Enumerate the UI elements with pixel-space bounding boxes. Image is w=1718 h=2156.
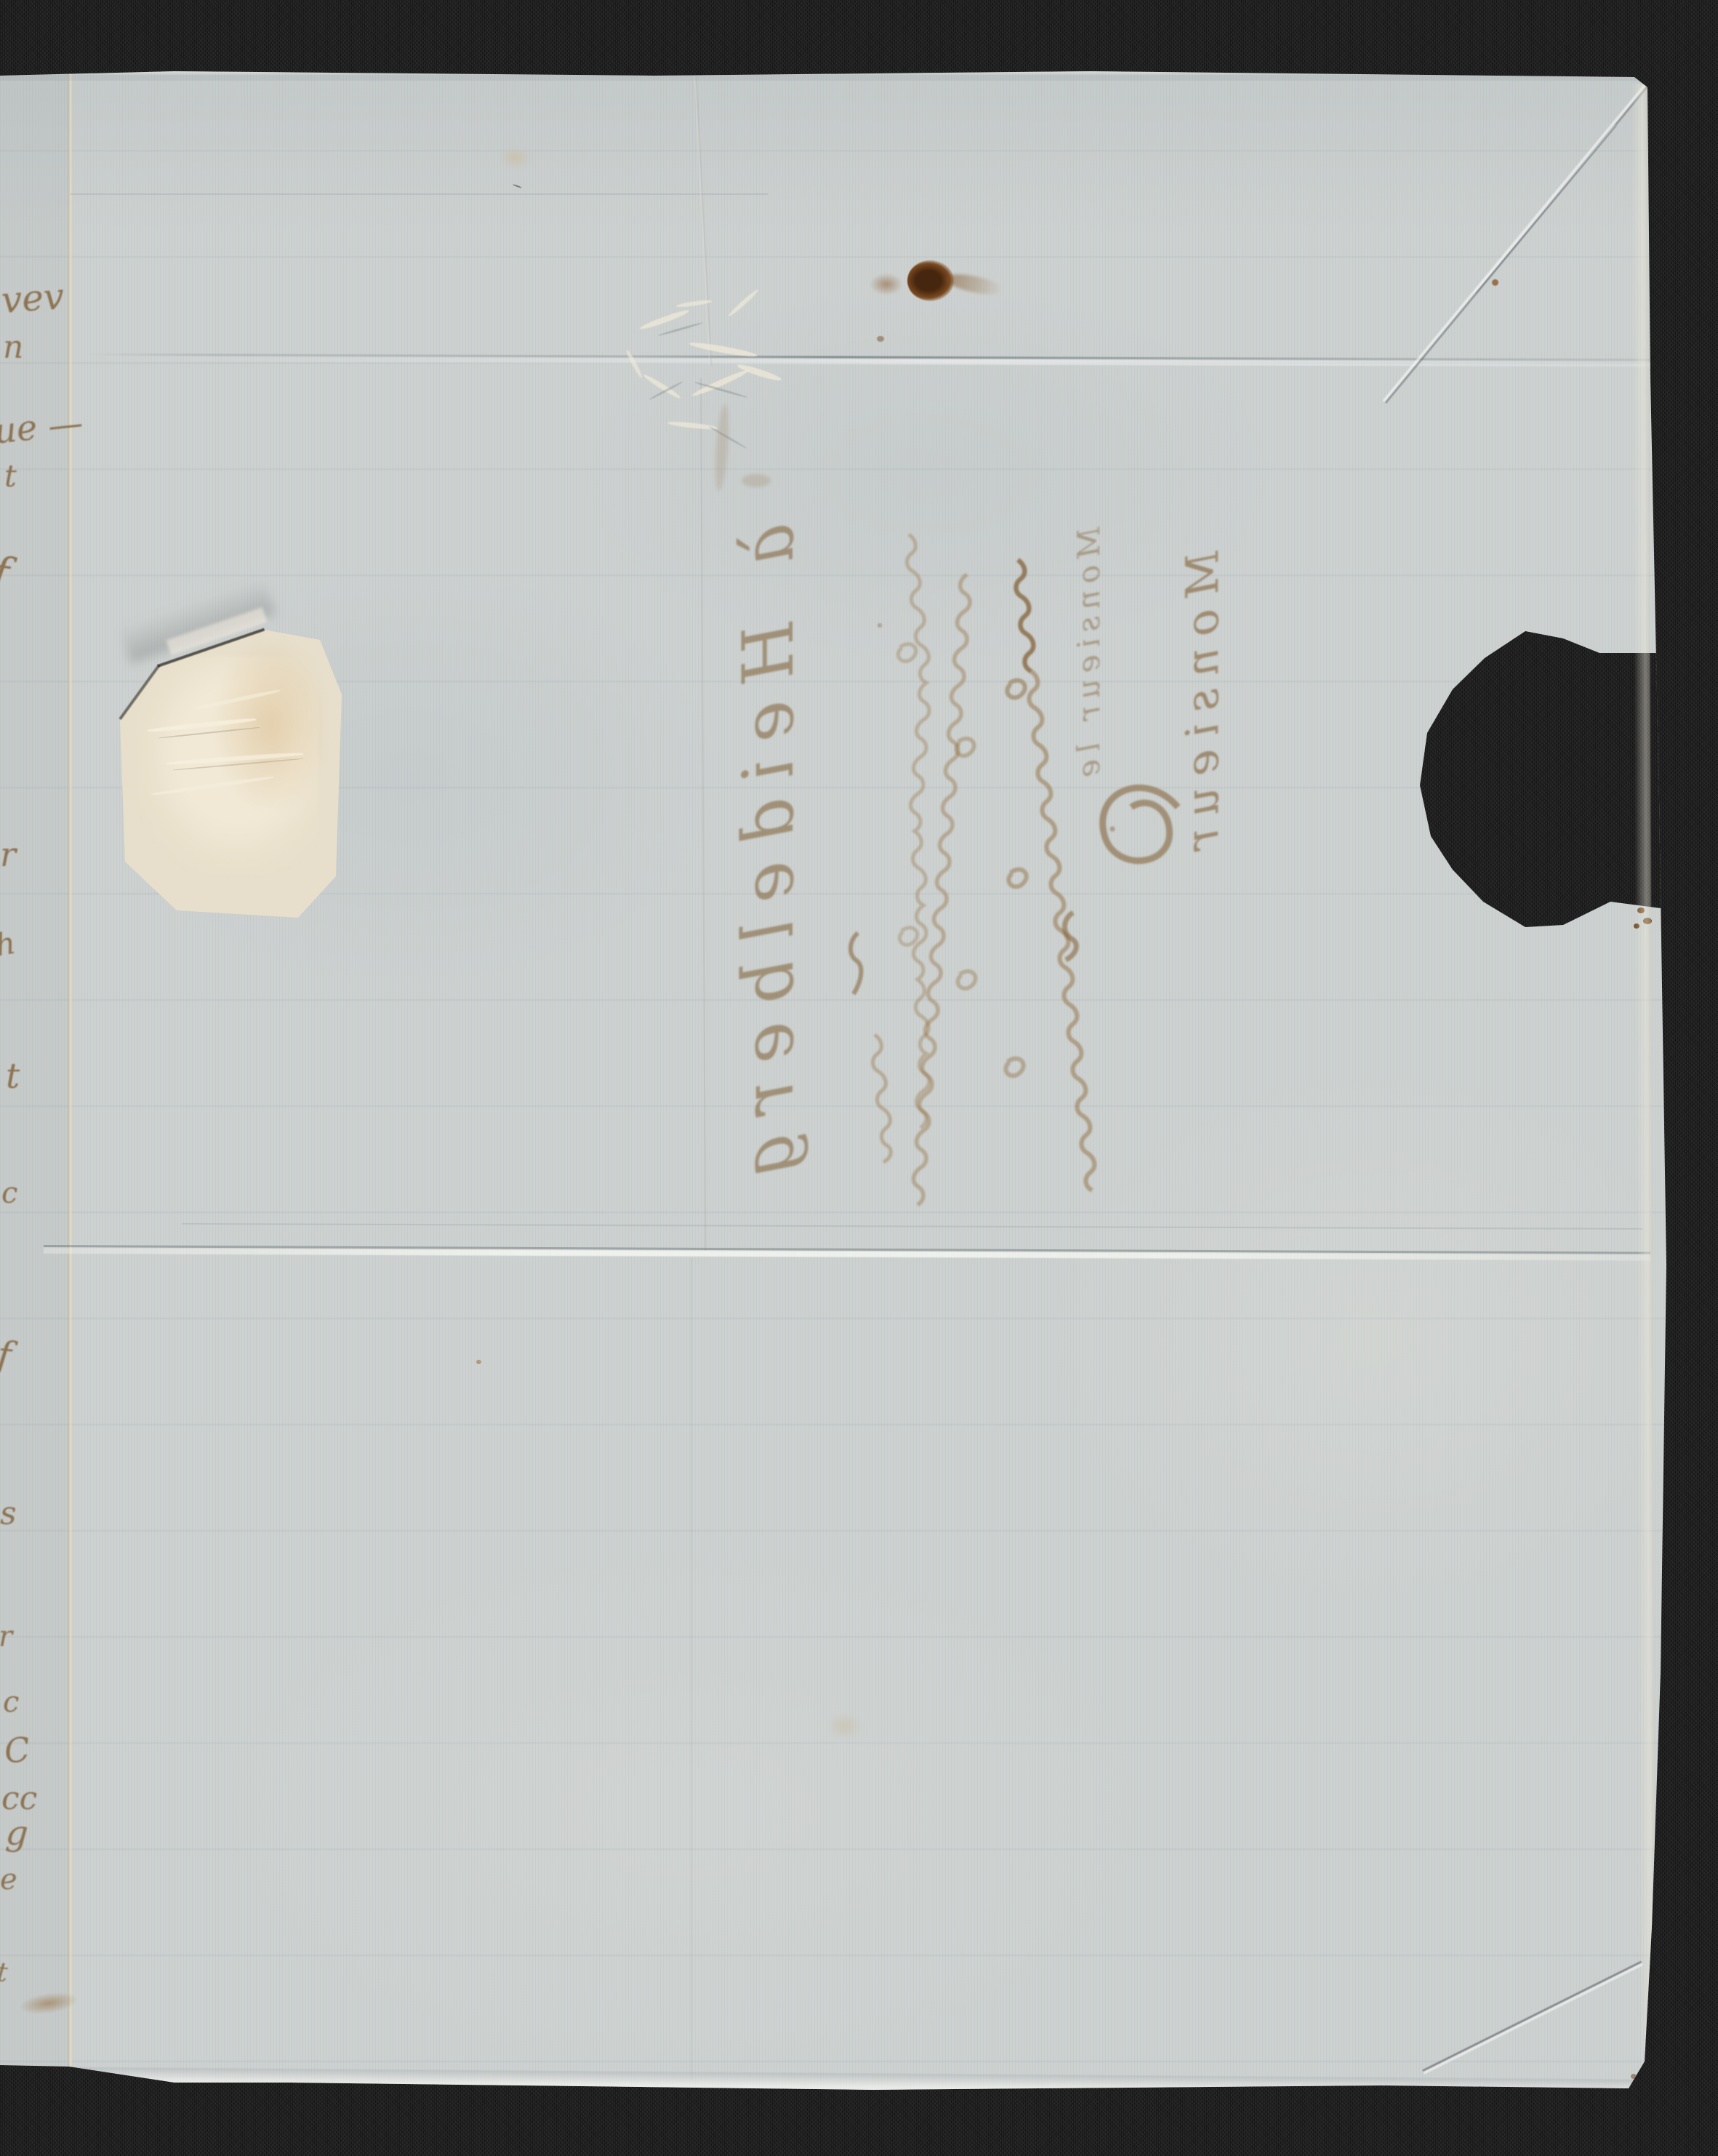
crumple-streak	[727, 288, 760, 318]
showthrough-word: à Heidelberg	[728, 524, 809, 1194]
showthrough-script: Monsieur Monsieur le à Heidelberg	[713, 465, 1294, 1309]
script-loop	[958, 971, 975, 989]
script-column-lower	[872, 1035, 891, 1162]
margin-fragment: e	[0, 1863, 17, 1896]
center-fold-middle	[700, 378, 706, 1251]
margin-fragment: c	[3, 1686, 19, 1719]
margin-fragment: ue —	[0, 402, 85, 452]
left-fold-line	[68, 73, 72, 2068]
paper-edge-bottom-rim	[0, 2067, 1649, 2097]
crumple-shadow	[658, 321, 703, 337]
paper-seal	[108, 612, 384, 958]
margin-fragment: r	[0, 1620, 12, 1654]
margin-fragment: s	[0, 1495, 17, 1532]
paper-edge-top-shade	[0, 75, 1650, 81]
script-loop	[899, 928, 917, 945]
ink-stain-small	[870, 273, 903, 295]
fiber-speck	[513, 184, 522, 188]
script-hook	[1064, 913, 1076, 960]
ink-dot	[1631, 2074, 1637, 2079]
script-column-accent	[1016, 560, 1033, 671]
crease-top-right-diagonal-2	[1474, 124, 1618, 294]
script-dot	[1110, 827, 1115, 832]
margin-fragment: c	[1, 1177, 17, 1210]
crease-bottom-right-diagonal	[1422, 1960, 1643, 2075]
cut-out-notch	[1416, 624, 1718, 937]
script-loop	[1007, 681, 1024, 698]
margin-fragment: n	[3, 329, 23, 366]
paper-edge-top-rim	[0, 71, 1650, 74]
margin-fragment: C	[2, 1729, 32, 1771]
crease-upper-left-faint	[70, 193, 768, 195]
center-fold-lower	[691, 1258, 692, 2080]
foxing-spot	[500, 147, 531, 169]
margin-fragment: g	[4, 1812, 30, 1854]
ink-dot	[877, 336, 884, 342]
foxing-spot	[827, 1713, 862, 1739]
center-fold-upper	[694, 76, 712, 366]
margin-fragment: r	[0, 835, 16, 874]
script-loop	[1008, 870, 1026, 887]
script-loop	[898, 644, 915, 662]
script-flourish	[1103, 788, 1178, 860]
paper-edge-right-rim	[1631, 84, 1656, 2069]
ink-stain-tail	[944, 270, 1005, 298]
showthrough-word: Monsieur le	[1071, 526, 1107, 784]
crumple-streak	[667, 420, 718, 430]
ink-dot	[476, 1360, 481, 1364]
script-column	[907, 534, 929, 1128]
ink-dot	[1492, 279, 1498, 286]
margin-fragment: vev	[0, 275, 65, 321]
letter-sheet: Monsieur Monsieur le à Heidelberg vev n …	[0, 0, 1718, 2156]
crumple-streak	[625, 349, 643, 380]
script-hook	[851, 933, 861, 994]
scan-stage: Monsieur Monsieur le à Heidelberg vev n …	[0, 0, 1718, 2156]
margin-fragment: t	[6, 1056, 20, 1097]
showthrough-word: Monsieur	[1176, 550, 1229, 862]
script-loop	[1005, 1059, 1023, 1076]
script-dot	[878, 623, 882, 628]
margin-fragment: t	[4, 458, 17, 494]
